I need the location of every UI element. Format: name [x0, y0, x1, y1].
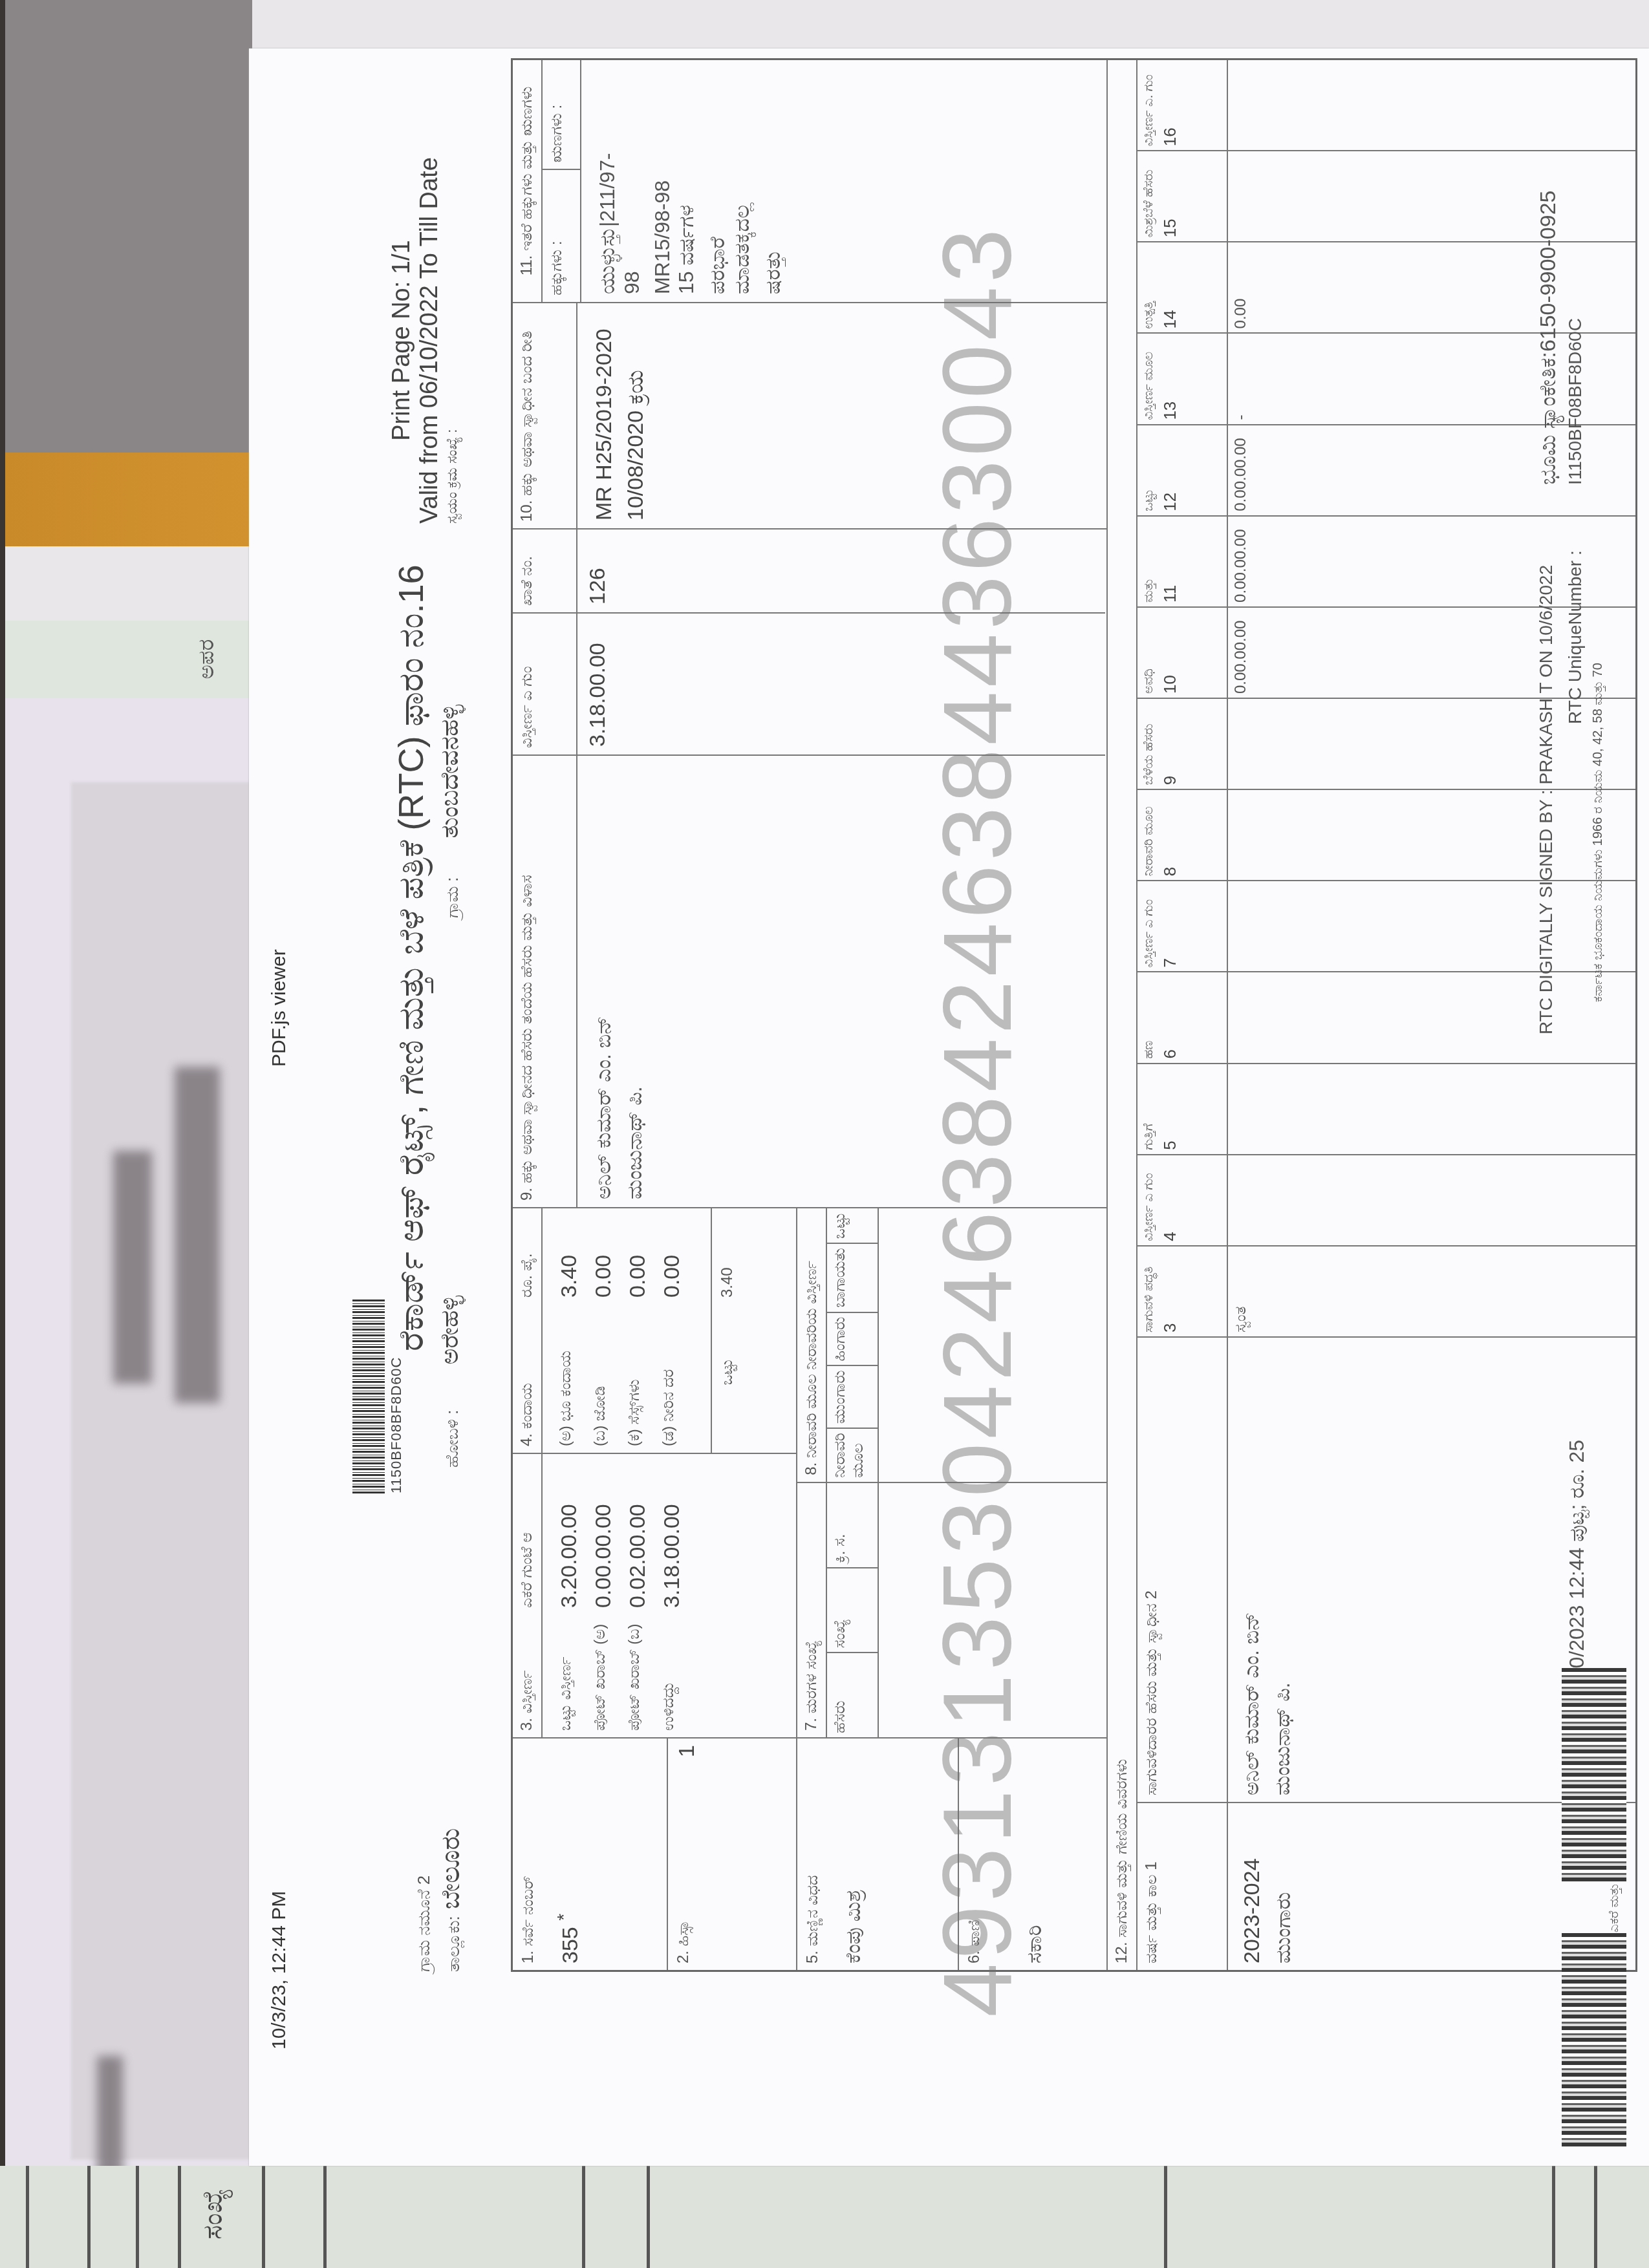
- crop-col-number: 3: [1160, 1250, 1180, 1332]
- crop-col-value: [1228, 789, 1635, 880]
- mutation-body: MR H25/2019-2020 10/08/2020 ಕ್ರಯ: [577, 303, 663, 528]
- crop-col-label: ಮತ್ತು: [1141, 520, 1156, 603]
- crop-col-number: 9: [1160, 703, 1180, 785]
- liabilities-lines: ಯುಳ್ಳುಸ್ತು|211/97-98MR15/98-98 15 ವರ್ಷಗಳ…: [581, 169, 800, 302]
- crop-col-label: ವಿಸ್ತೀರ್ಣ ಮೂಲ: [1141, 337, 1156, 420]
- scan-background-gray: [0, 0, 252, 465]
- rtc-table: 1. ಸರ್ವೆ ನಂಬರ್ 355 * 2. ಹಿಸ್ಸಾ 1 5. ಮಣ್ಣ…: [511, 58, 1637, 1972]
- soil-label: 5. ಮಣ್ಣಿನ ವಿಧದ: [804, 1745, 822, 1963]
- blurred-text: [113, 1151, 152, 1384]
- survey-label: 1. ಸರ್ವೆ ನಂಬರ್: [519, 1745, 537, 1963]
- extent-row: ಪೋಟ್ ಖರಾಬ್ (ಅ)0.00.00.00: [591, 1460, 616, 1731]
- revenue-row-value: 3.40: [557, 1255, 582, 1298]
- crop-col-label: ಉತ್ಪತ್ತಿ: [1141, 246, 1156, 328]
- revenue-block: 4. ಕಂದಾಯ ರೂ. ಪೈ. (ಅ) ಭೂ ಕಂದಾಯ3.40(ಬ) ಜೋಡ…: [513, 1208, 796, 1453]
- crop-col-value: [1228, 1154, 1635, 1245]
- crop-col-value: [1228, 60, 1635, 150]
- document-header: 1150BF08BF8D60C ಗ್ರಾಮ ನಮೂನೆ 2 ತಾಲ್ಲೂಕು:ಬ…: [327, 58, 514, 1972]
- owner-name-line1: ಅನಿಲ್ ಕುಮಾರ್ ಎಂ. ಬಿನ್: [592, 764, 616, 1199]
- crop-col-number: 5: [1160, 1068, 1180, 1150]
- owners-extent-label: ವಿಸ್ತೀರ್ಣ ಎ ಗುಂ: [513, 612, 576, 754]
- revenue-row-label: (ಬ) ಜೋಡಿ: [591, 1298, 616, 1446]
- crop-col-number: 4: [1160, 1159, 1180, 1241]
- owners-title: 9. ಹಕ್ಕು ಅಥವಾ ಸ್ವಾಧೀನದ ಹೆಸರು ತಂದೆಯ ಹೆಸರು…: [513, 754, 576, 1207]
- crop-header-row: ವರ್ಷ ಮತ್ತು ಕಾಲ 1 ಸಾಗುವಳಿದಾರರ ಹೆಸರು ಮತ್ತು…: [1137, 60, 1228, 1970]
- crop-col-value: [1228, 1063, 1635, 1154]
- survey-mark: *: [554, 1914, 574, 1921]
- taluk-label: ತಾಲ್ಲೂಕು:: [444, 1916, 463, 1972]
- viewer-title: PDF.js viewer: [268, 949, 290, 1067]
- scan-background-orange-band: [5, 453, 252, 546]
- trees-columns: ಹೆಸರುಸಂಖ್ಯೆಕ್ರಿ. ಸ.: [827, 1483, 879, 1737]
- hissa-cell: 2. ಹಿಸ್ಸಾ 1: [668, 1738, 797, 1970]
- crop-col-header: ಗುತ್ತಿಗೆ5: [1137, 1063, 1227, 1154]
- hissa-value: 1: [674, 1745, 790, 1757]
- crop-col-header: ವಿಸ್ತೀರ್ಣ ಎ. ಗುಂ16: [1137, 60, 1227, 150]
- ruled-line: [178, 2166, 181, 2268]
- crop-col-label: ವಿಸ್ತೀರ್ಣ ಎ ಗುಂ: [1141, 885, 1156, 967]
- serial-label: ಸ್ವಯಂ ಕ್ರಮ ಸಂಖ್ಯೆ :: [444, 157, 460, 524]
- crop-col-label: ವಿಸ್ತೀರ್ಣ ಎ. ಗುಂ: [1141, 64, 1156, 146]
- act-note: ಕರ್ನಾಟಕ ಭೂಕಂದಾಯ ನಿಯಮಗಳು 1966 ರ ನಿಯಮ 40, …: [1591, 663, 1606, 1002]
- crop-columns: ಸಾಗುವಳಿ ಪದ್ಧತಿ3ವಿಸ್ತೀರ್ಣ ಎ ಗುಂ4ಗುತ್ತಿಗೆ5…: [1137, 60, 1227, 1336]
- trees-title: 7. ಮರಗಳ ಸಂಖ್ಯೆ: [797, 1483, 827, 1737]
- hobli-value: ಅರೇಹಳ್ಳಿ: [436, 1296, 464, 1365]
- revenue-row: (ಕ) ಸೆಸ್ಸ್‌ಗಳು0.00: [625, 1215, 651, 1446]
- revenue-title: 4. ಕಂದಾಯ: [518, 1298, 536, 1446]
- crop-col-header: ಅವಧಿ10: [1137, 606, 1227, 698]
- scan-edge: [0, 0, 5, 2268]
- taluk-value: ಬೇಲೂರು: [436, 1828, 465, 1910]
- irrigation-col-header: ನೀರಾವರಿ ಮೂಲ: [827, 1428, 878, 1482]
- extent-row: ಪೋಟ್ ಖರಾಬ್ (ಬ)0.02.00.00: [625, 1460, 651, 1731]
- tenancy-title: 12. ಸಾಗುವಳಿ ಮತ್ತು ಗೇಣಿಯ ವಿವರಗಳು: [1108, 60, 1137, 1970]
- mutation-ref: MR H25/2019-2020: [592, 311, 617, 520]
- ruled-line: [87, 2166, 91, 2268]
- tree-col-header: ಹೆಸರು: [827, 1652, 878, 1737]
- scan-background-green-card: ಅಪರ: [5, 621, 252, 698]
- taluk: ತಾಲ್ಲೂಕು:ಬೇಲೂರು: [436, 1828, 466, 1972]
- crop-col-header: ಸಾಗುವಳಿ ಪದ್ಧತಿ3: [1137, 1245, 1227, 1336]
- rights-label: ಹಕ್ಕುಗಳು :: [543, 169, 580, 302]
- liability-line: ಪರಭಾರೆ ಮಾಡತಕ್ಕದಲ್ಲ: [706, 177, 755, 294]
- extent-row-label: ಉಳಿದದ್ದು: [660, 1608, 685, 1731]
- extent-title: 3. ವಿಸ್ತೀರ್ಣ: [518, 1608, 536, 1731]
- blurred-id-card: [71, 782, 259, 2159]
- ruled-line: [647, 2166, 650, 2268]
- crop-col-header: ಮಿಶ್ರಬೆಳೆ ಹೆಸರು15: [1137, 150, 1227, 241]
- irrigation-col-header: ಬಾಗಾಯತು: [827, 1243, 878, 1311]
- crop-col-number: 6: [1160, 976, 1180, 1058]
- crop-col-header: ವಿಸ್ತೀರ್ಣ ಎ ಗುಂ4: [1137, 1154, 1227, 1245]
- crop-col-value: [1228, 880, 1635, 971]
- tenancy-season: ಮುಂಗಾರು: [1271, 1810, 1296, 1963]
- revenue-total: ಒಟ್ಟು 3.40: [711, 1208, 743, 1453]
- qr-code-left: [1562, 1933, 1626, 2146]
- village-label: ಗ್ರಾಮ :: [442, 877, 462, 918]
- watermark-number: 4931313530424638424638443630043: [921, 225, 1033, 2017]
- crop-col-number: 12: [1160, 429, 1180, 511]
- crop-col-label: ಮಿಶ್ರಬೆಳೆ ಹೆಸರು: [1141, 155, 1156, 237]
- blurred-text: [175, 1067, 220, 1403]
- survey-cell: 1. ಸರ್ವೆ ನಂಬರ್ 355 *: [513, 1738, 668, 1970]
- extent-rows: ಒಟ್ಟು ವಿಸ್ತೀರ್ಣ3.20.00.00ಪೋಟ್ ಖರಾಬ್ (ಅ)0…: [543, 1454, 699, 1737]
- crop-col-value: [1228, 150, 1635, 241]
- liabilities-label: ಋಣಗಳು :: [543, 60, 580, 169]
- barcode-id: 1150BF08BF8D60C: [388, 1357, 405, 1494]
- rtc-document: 10/3/23, 12:44 PM PDF.js viewer 1150BF08…: [249, 48, 1649, 2166]
- crop-col-header: ಹಣ6: [1137, 971, 1227, 1062]
- ruled-line: [262, 2166, 265, 2268]
- crop-col-label: ಬೆಳೆಯ ಹೆಸರು: [1141, 703, 1156, 785]
- document-title: ರೆಕಾರ್ಡ್ ಆಫ್ ರೈಟ್ಸ್, ಗೇಣಿ ಮತ್ತು ಬೆಳೆ ಪತ್…: [391, 564, 432, 1351]
- tree-col-header: ಕ್ರಿ. ಸ.: [827, 1483, 878, 1567]
- survey-number: 355 *: [554, 1745, 583, 1963]
- mutation-date: 10/08/2020 ಕ್ರಯ: [623, 311, 649, 520]
- owners-khata-label: ಖಾತೆ ನಂ.: [513, 530, 576, 612]
- extent-row: ಒಟ್ಟು ವಿಸ್ತೀರ್ಣ3.20.00.00: [557, 1460, 582, 1731]
- digital-signature: RTC DIGITALLY SIGNED BY : PRAKASH T ON 1…: [1536, 565, 1557, 1034]
- tenancy-col1-label: ವರ್ಷ ಮತ್ತು ಕಾಲ 1: [1137, 1802, 1227, 1970]
- tenancy-year-value: 2023-2024: [1240, 1810, 1265, 1963]
- crop-col-header: ಉತ್ಪತ್ತಿ14: [1137, 241, 1227, 332]
- unique-number-value: I1150BF08BF8D60C: [1565, 318, 1586, 485]
- qr-code-right: [1562, 1668, 1626, 1881]
- ruled-line: [1594, 2166, 1597, 2268]
- crop-col-value: [1228, 971, 1635, 1062]
- liabilities-subheader: ಹಕ್ಕುಗಳು : ಋಣಗಳು :: [543, 60, 581, 302]
- bottom-label: ಸಂಖ್ಯೆ: [197, 2188, 229, 2240]
- unique-number-label: RTC UniqueNumber :: [1565, 550, 1586, 724]
- crop-col-number: 10: [1160, 612, 1180, 694]
- crop-col-label: ನೀರಾವರಿ ಮೂಲ: [1141, 794, 1156, 876]
- crop-col-number: 8: [1160, 794, 1180, 876]
- crop-col-number: 7: [1160, 885, 1180, 967]
- revenue-row: (ಡ) ನೀರಿನ ದರ0.00: [660, 1215, 685, 1446]
- crop-col-header: ನೀರಾವರಿ ಮೂಲ8: [1137, 789, 1227, 880]
- irrigation-col-header: ಒಟ್ಟು: [827, 1208, 878, 1243]
- crop-col-number: 15: [1160, 155, 1180, 237]
- valid-range: Valid from 06/10/2022 To Till Date: [416, 157, 444, 524]
- extent-row: ಉಳಿದದ್ದು3.18.00.00: [660, 1460, 685, 1731]
- revenue-row-label: (ಅ) ಭೂ ಕಂದಾಯ: [557, 1298, 582, 1446]
- hobli-label: ಹೋಬಳಿ :: [442, 1410, 462, 1468]
- revenue-total-label: ಒಟ್ಟು: [718, 1298, 737, 1446]
- crop-col-label: ವಿಸ್ತೀರ್ಣ ಎ ಗುಂ: [1141, 1159, 1156, 1241]
- form-name: ಗ್ರಾಮ ನಮೂನೆ 2: [414, 1876, 435, 1972]
- owner-name-line2: ಮಂಜುನಾಥ್ ಪಿ.: [623, 764, 647, 1199]
- crop-col-label: ಒಟ್ಟು: [1141, 429, 1156, 511]
- ruled-line: [1164, 2166, 1167, 2268]
- irrigation-col-header: ಮುಂಗಾರು: [827, 1365, 878, 1428]
- ruled-line: [323, 2166, 327, 2268]
- liability-line: MR15/98-98 15 ವರ್ಷಗಳ: [651, 177, 699, 294]
- cultivator-name-line1: ಅನಿಲ್ ಕುಮಾರ್ ಎಂ. ಬಿನ್: [1240, 1344, 1264, 1795]
- irrigation-columns: ನೀರಾವರಿ ಮೂಲಮುಂಗಾರುಹಿಂಗಾರುಬಾಗಾಯತುಒಟ್ಟು: [827, 1208, 879, 1482]
- crop-col-label: ಸಾಗುವಳಿ ಪದ್ಧತಿ: [1141, 1250, 1156, 1332]
- ruled-line: [1552, 2166, 1555, 2268]
- crop-col-number: 16: [1160, 64, 1180, 146]
- extent-row-label: ಒಟ್ಟು ವಿಸ್ತೀರ್ಣ: [557, 1608, 582, 1731]
- extent-header: 3. ವಿಸ್ತೀರ್ಣ ಎಕರೆ ಗುಂಟೆ ಆ: [513, 1454, 543, 1737]
- crop-col-label: ಹಣ: [1141, 976, 1156, 1058]
- revenue-unit: ರೂ. ಪೈ.: [518, 1254, 536, 1298]
- printed-page: 10/3/23, 12:44 PM PDF.js viewer 1150BF08…: [249, 48, 1649, 2166]
- revenue-row-value: 0.00: [625, 1255, 651, 1298]
- crop-col-label: ಅವಧಿ: [1141, 612, 1156, 694]
- extent-block: 3. ವಿಸ್ತೀರ್ಣ ಎಕರೆ ಗುಂಟೆ ಆ ಒಟ್ಟು ವಿಸ್ತೀರ್…: [513, 1453, 796, 1737]
- revenue-row: (ಅ) ಭೂ ಕಂದಾಯ3.40: [557, 1215, 582, 1446]
- village: ಗ್ರಾಮ :ತುಂಬದೇವನಹಳ್ಳಿ: [436, 705, 464, 918]
- crop-col-number: 13: [1160, 337, 1180, 420]
- revenue-rows: (ಅ) ಭೂ ಕಂದಾಯ3.40(ಬ) ಜೋಡಿ0.00(ಕ) ಸೆಸ್ಸ್‌ಗ…: [543, 1208, 711, 1453]
- tenancy-col2-label: ಸಾಗುವಳಿದಾರರ ಹೆಸರು ಮತ್ತು ಸ್ವಾಧೀನ 2: [1137, 1336, 1227, 1802]
- print-timestamp: 10/3/23, 12:44 PM: [268, 1891, 290, 2049]
- revenue-row-value: 0.00: [591, 1255, 616, 1298]
- crop-col-header: ಒಟ್ಟು12: [1137, 424, 1227, 515]
- crop-col-header: ವಿಸ್ತೀರ್ಣ ಎ ಗುಂ7: [1137, 880, 1227, 971]
- ruled-line: [136, 2166, 139, 2268]
- hissa-label: 2. ಹಿಸ್ಸಾ: [674, 1920, 790, 1963]
- hobli: ಹೋಬಳಿ :ಅರೇಹಳ್ಳಿ: [436, 1296, 464, 1468]
- extent-revenue-block: 3. ವಿಸ್ತೀರ್ಣ ಎಕರೆ ಗುಂಟೆ ಆ ಒಟ್ಟು ವಿಸ್ತೀರ್…: [513, 1208, 797, 1737]
- extent-row-label: ಪೋಟ್ ಖರಾಬ್ (ಅ): [591, 1608, 616, 1731]
- crop-col-label: ಗುತ್ತಿಗೆ: [1141, 1068, 1156, 1150]
- side-label: ಅಪರ: [194, 639, 219, 679]
- irrigation-col-header: ಹಿಂಗಾರು: [827, 1312, 878, 1365]
- extent-row-value: 3.18.00.00: [660, 1504, 685, 1608]
- bhoomi-code: ಭೂಮಿ ಸ್ಯಾಂಕೇತಿಕ:6150-9900-0925: [1536, 191, 1561, 485]
- survey-value: 355: [558, 1927, 583, 1963]
- extent-unit: ಎಕರೆ ಗುಂಟೆ ಆ: [518, 1532, 536, 1608]
- irrigation-title: 8. ನೀರಾವರಿ ಮೂಲ ನೀರಾವರಿಯ ವಿಸ್ತೀರ್ಣ: [797, 1208, 827, 1482]
- revenue-header: 4. ಕಂದಾಯ ರೂ. ಪೈ.: [513, 1208, 543, 1453]
- revenue-row-label: (ಡ) ನೀರಿನ ದರ: [660, 1298, 685, 1446]
- crop-col-header: ವಿಸ್ತೀರ್ಣ ಮೂಲ13: [1137, 332, 1227, 423]
- ruled-line: [582, 2166, 585, 2268]
- tree-col-header: ಸಂಖ್ಯೆ: [827, 1567, 878, 1653]
- mutation-title: 10. ಹಕ್ಕು ಅಥವಾ ಸ್ವಾಧೀನ ಬಂದ ರೀತಿ: [513, 303, 577, 528]
- scan-background-ruled-paper: ಸಂಖ್ಯೆ: [0, 2166, 1649, 2268]
- print-header: 10/3/23, 12:44 PM PDF.js viewer: [268, 48, 307, 2166]
- revenue-row: (ಬ) ಜೋಡಿ0.00: [591, 1215, 616, 1446]
- revenue-row-value: 0.00: [660, 1255, 685, 1298]
- liability-line: ಷರತ್ತು: [761, 177, 786, 294]
- liabilities-title: 11. ಇತರೆ ಹಕ್ಕುಗಳು ಮತ್ತು ಋಣಗಳು: [513, 60, 543, 302]
- crop-col-number: 14: [1160, 246, 1180, 328]
- liability-line: ಯುಳ್ಳುಸ್ತು|211/97-98: [596, 177, 644, 294]
- validity: Print Page No: 1/1 Valid from 06/10/2022…: [388, 157, 460, 524]
- ruled-line: [26, 2166, 29, 2268]
- revenue-row-label: (ಕ) ಸೆಸ್ಸ್‌ಗಳು: [625, 1298, 651, 1446]
- print-page-no: Print Page No: 1/1: [388, 157, 416, 524]
- crop-col-header: ಬೆಳೆಯ ಹೆಸರು9: [1137, 698, 1227, 789]
- cultivator-name-line2: ಮಂಜುನಾಥ್ ಪಿ.: [1271, 1344, 1295, 1795]
- extent-row-value: 3.20.00.00: [557, 1504, 582, 1608]
- crop-col-header: ಮತ್ತು11: [1137, 515, 1227, 606]
- owners-header: 9. ಹಕ್ಕು ಅಥವಾ ಸ್ವಾಧೀನದ ಹೆಸರು ತಂದೆಯ ಹೆಸರು…: [513, 530, 577, 1207]
- extent-row-value: 0.02.00.00: [625, 1504, 651, 1608]
- soil-value: ಕೆಂಪು ಮಿಶ್ರ: [841, 1745, 866, 1963]
- crop-col-value: ಸ್ವಂತ: [1228, 1245, 1635, 1336]
- village-value: ತುಂಬದೇವನಹಳ್ಳಿ: [436, 705, 464, 839]
- extent-row-value: 0.00.00.00: [591, 1504, 616, 1608]
- crop-col-number: 11: [1160, 520, 1180, 603]
- extent-row-label: ಪೋಟ್ ಖರಾಬ್ (ಬ): [625, 1608, 651, 1731]
- revenue-total-value: 3.40: [718, 1267, 737, 1298]
- barcode: [352, 1300, 385, 1493]
